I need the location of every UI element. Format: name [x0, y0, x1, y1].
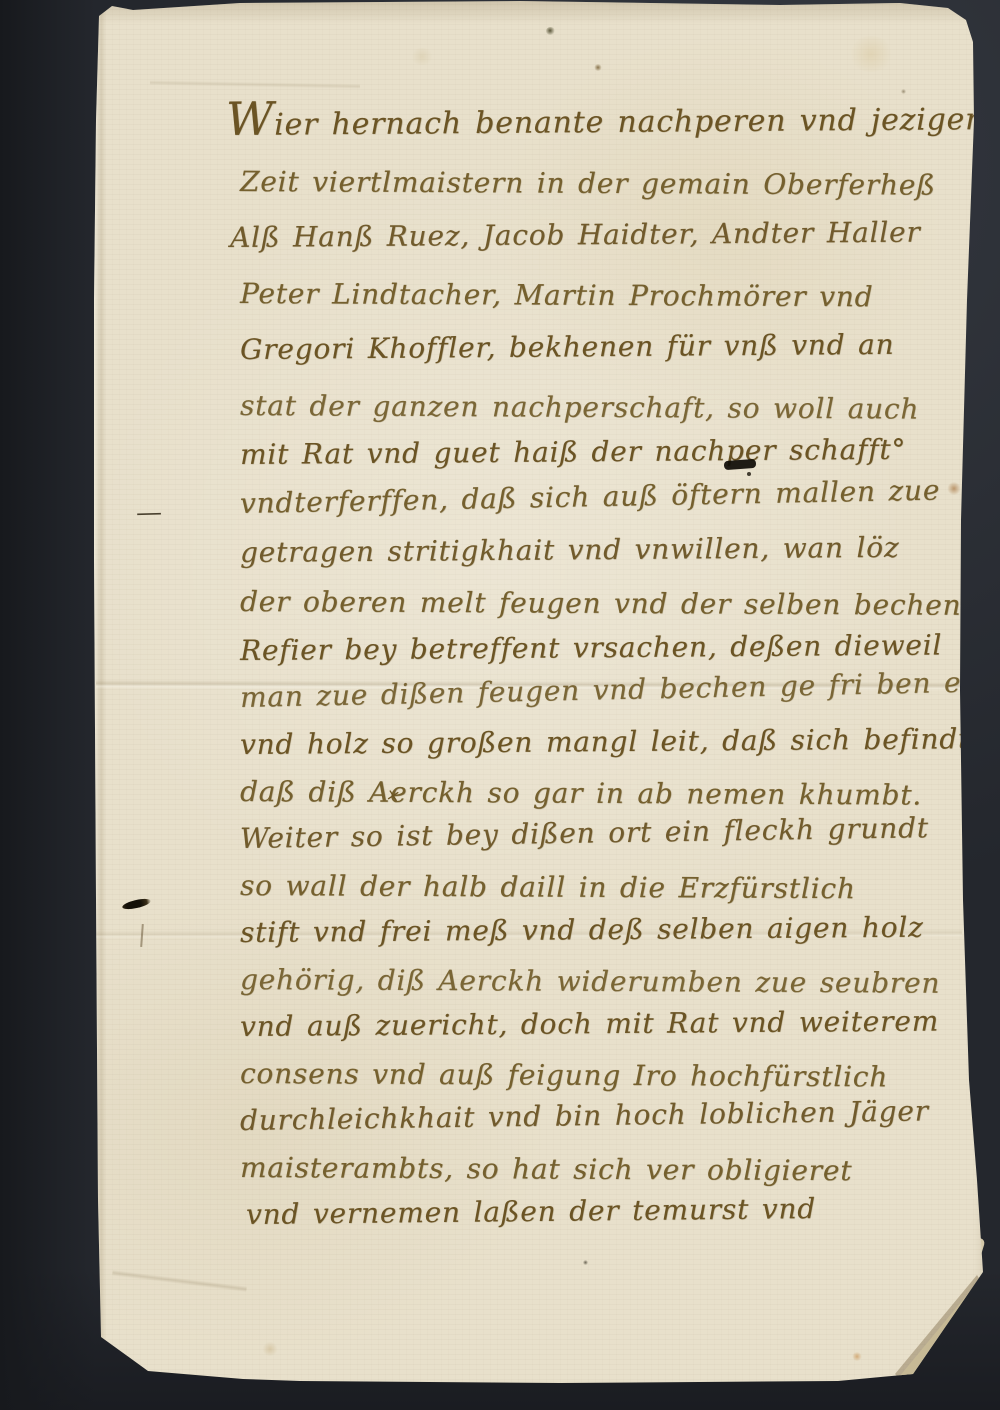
manuscript-line: Alß Hanß Ruez, Jacob Haidter, Andter Hal… — [230, 207, 955, 262]
faint-foxing-stain — [410, 48, 434, 65]
paper-slit-hole — [121, 897, 151, 911]
brown-speck-stain — [594, 64, 602, 71]
fold-crease-top — [150, 80, 360, 89]
manuscript-line: getragen stritigkhait vnd vnwillen, wan … — [240, 522, 955, 577]
paper-slit-scratch — [140, 924, 144, 947]
manuscript-line: Gregori Khoffler, bekhenen für vnß vnd a… — [240, 319, 955, 374]
orange-bottom-stain — [852, 1352, 862, 1361]
fold-crease-bottom-left — [112, 1270, 247, 1292]
margin-dash-mark: — — [136, 498, 161, 529]
ink-blot-drip — [747, 472, 751, 476]
manuscript-line: vnd holz so großen mangl leit, daß sich … — [240, 714, 955, 769]
manuscript-line: stift vnd frei meß vnd deß selben aigen … — [240, 902, 955, 957]
pale-bottom-stain — [262, 1342, 278, 1356]
small-speck-stain — [583, 1260, 588, 1265]
manuscript-line: vnd vernemen laßen der temurst vnd — [246, 1183, 955, 1239]
manuscript-line: Wier hernach benante nachperen vnd jezig… — [226, 89, 955, 150]
manuscript-line: Zeit viertlmaistern in der gemain Oberfe… — [240, 157, 955, 210]
ink-speck-stain — [546, 27, 555, 35]
manuscript-text: Wier hernach benante nachperen vnd jezig… — [240, 95, 955, 1239]
corner-yellow-stain — [848, 36, 894, 72]
manuscript-line: vnd auß zuericht, doch mit Rat vnd weite… — [240, 996, 955, 1051]
manuscript-line: Peter Lindtacher, Martin Prochmörer vnd — [240, 269, 955, 322]
manuscript-line: durchleichkhait vnd bin hoch loblichen J… — [240, 1086, 956, 1145]
manuscript-line: Weiter so ist bey dißen ort ein fleckh g… — [240, 803, 956, 863]
manuscript-page: — Wier hernach benante nachperen vnd jez… — [0, 0, 1000, 1410]
